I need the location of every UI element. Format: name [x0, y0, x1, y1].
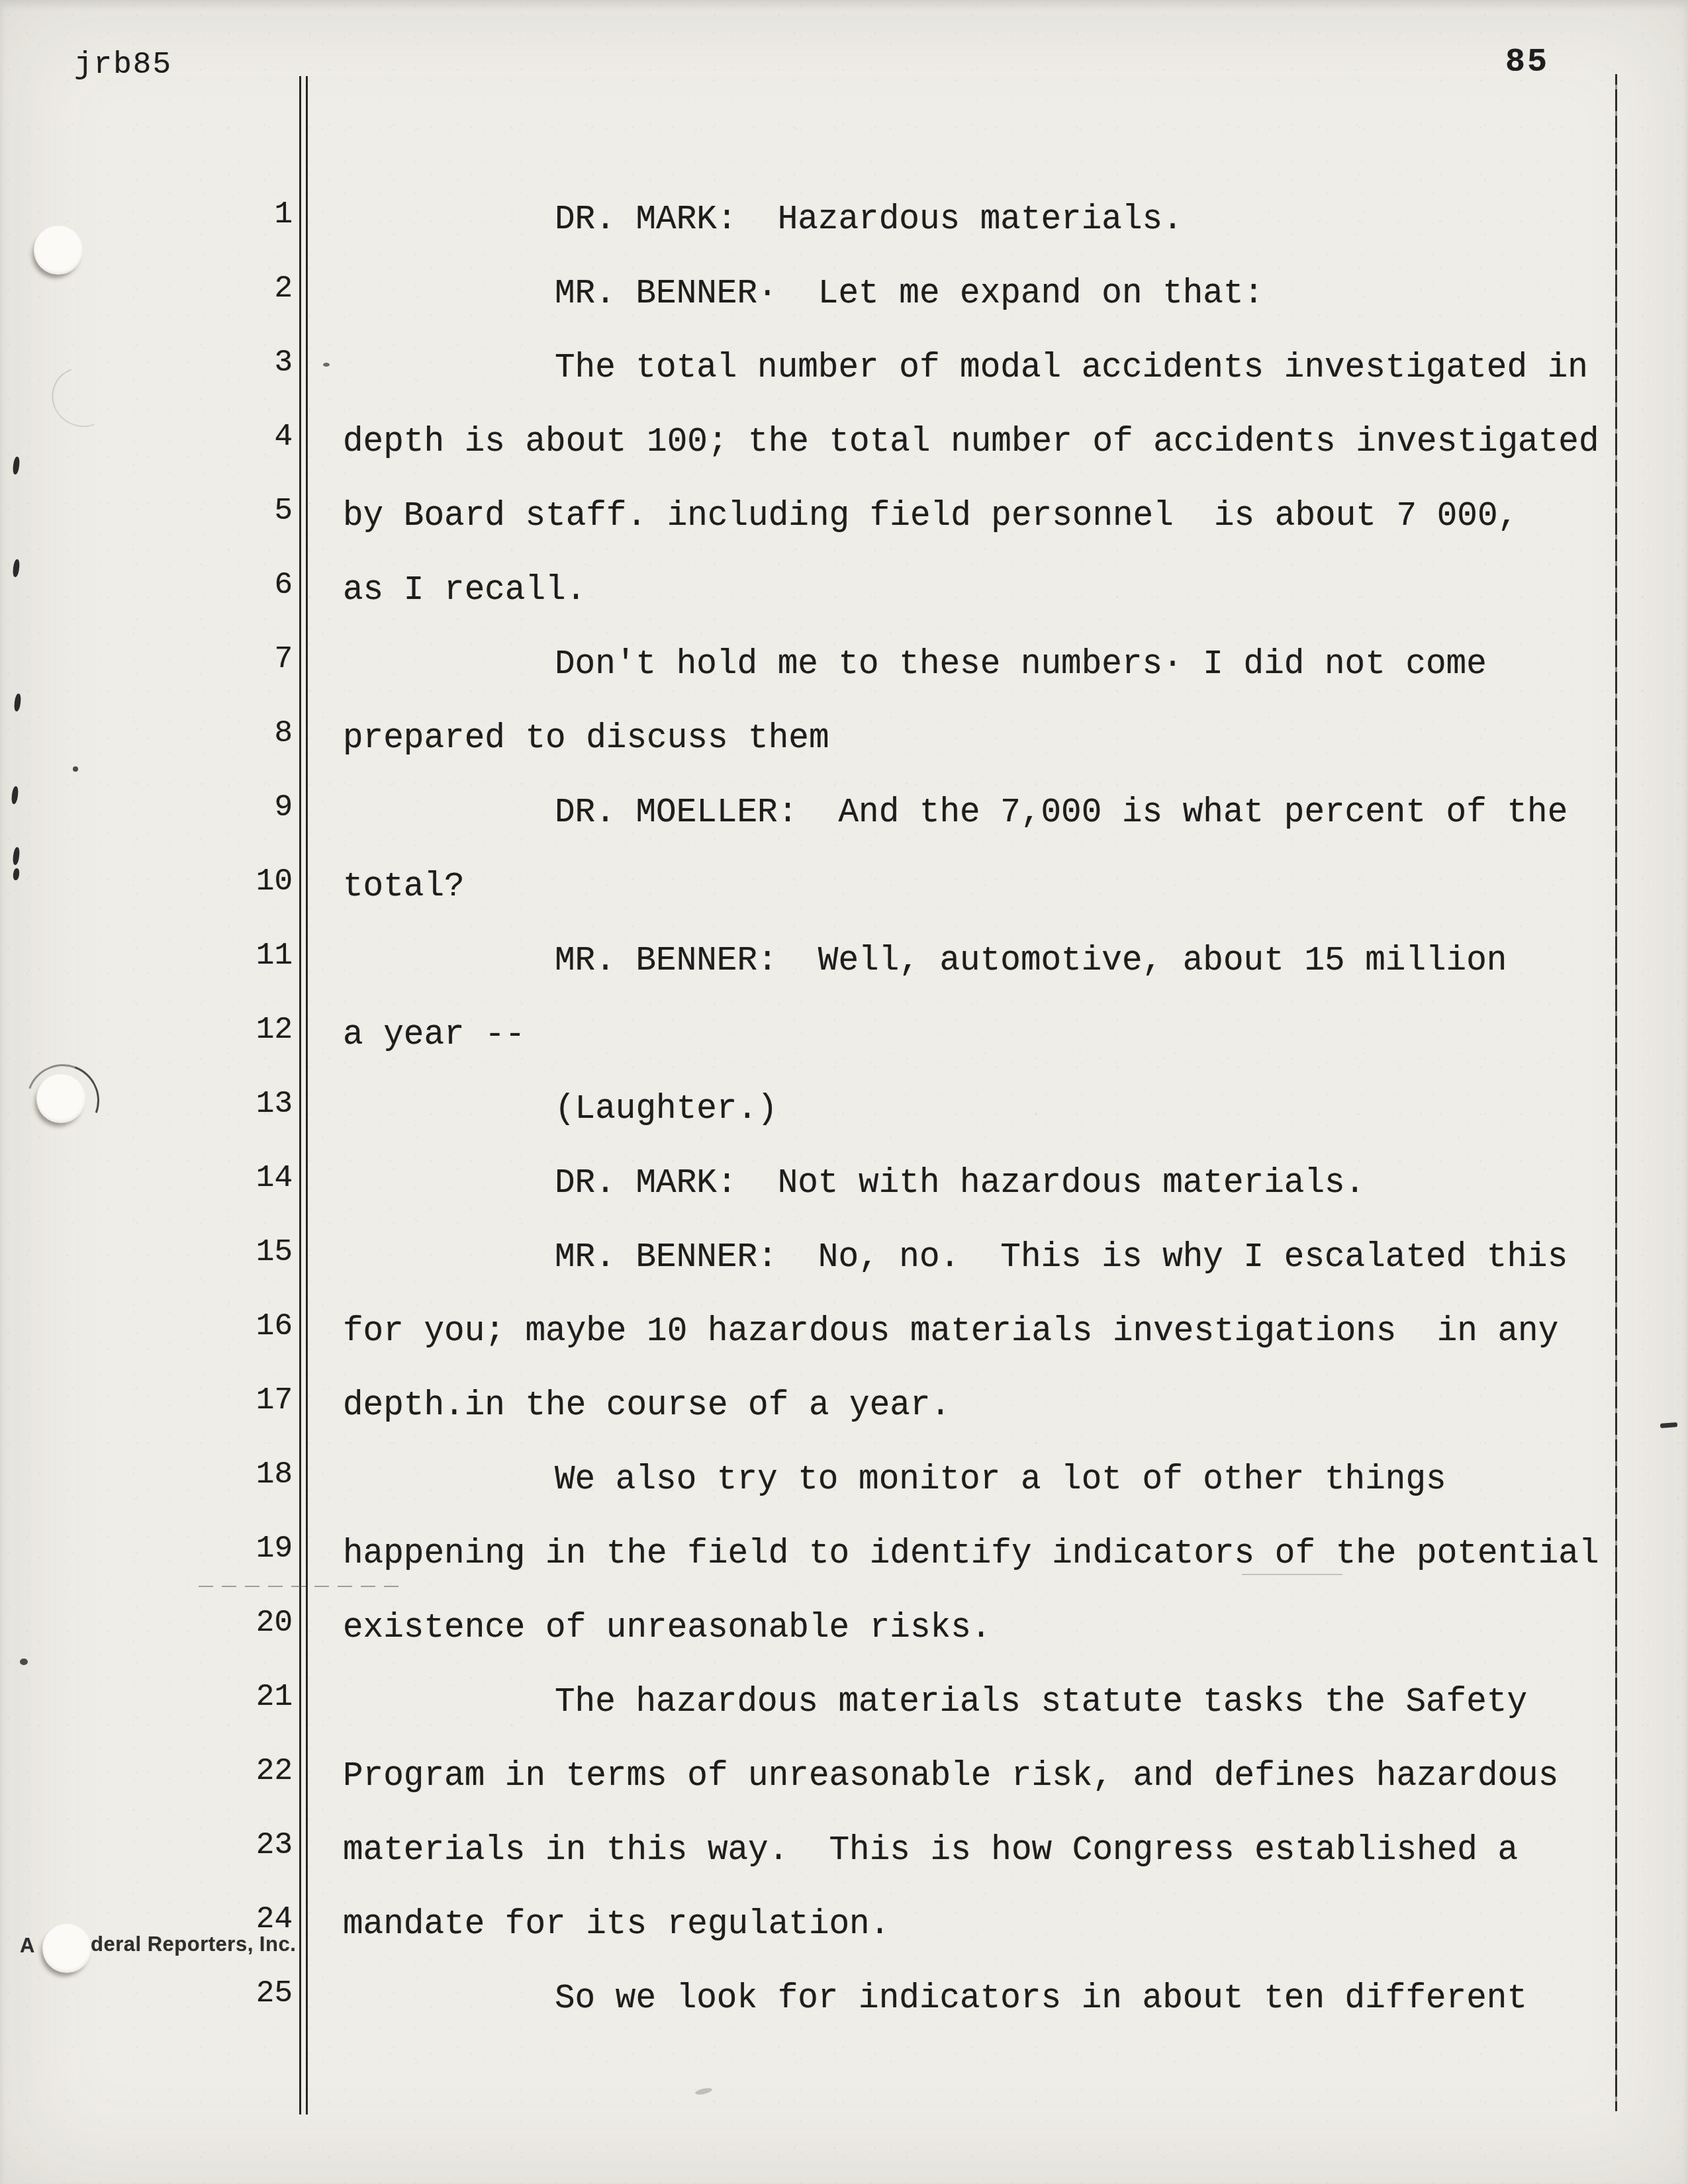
transcript-line: 19happening in the field to identify ind…: [0, 1531, 1688, 1572]
line-number: 25: [218, 1976, 293, 2011]
transcript-line: 20existence of unreasonable risks.: [0, 1606, 1688, 1647]
line-text: DR. MOELLER: And the 7,000 is what perce…: [555, 794, 1568, 832]
line-number: 12: [218, 1013, 293, 1047]
margin-dash-mark: [1660, 1422, 1677, 1428]
faint-pencil-line: [199, 1586, 405, 1587]
line-text: mandate for its regulation.: [343, 1906, 890, 1944]
line-text: We also try to monitor a lot of other th…: [555, 1461, 1446, 1499]
transcript-line: 10total?: [0, 864, 1688, 905]
line-text: prepared to discuss them: [343, 720, 829, 758]
transcript-line: 5by Board staff. including field personn…: [0, 494, 1688, 535]
line-text: The hazardous materials statute tasks th…: [555, 1684, 1527, 1721]
transcript-line: 1DR. MARK: Hazardous materials.: [0, 197, 1688, 238]
line-text: MR. BENNER: No, no. This is why I escala…: [555, 1239, 1568, 1277]
line-number: 2: [218, 271, 293, 306]
transcript-line: 9DR. MOELLER: And the 7,000 is what perc…: [0, 790, 1688, 831]
line-number: 21: [218, 1680, 293, 1714]
line-text: for you; maybe 10 hazardous materials in…: [343, 1313, 1558, 1351]
page-number: 85: [1505, 44, 1549, 81]
line-number: 6: [218, 568, 293, 602]
line-text: existence of unreasonable risks.: [343, 1610, 991, 1647]
ink-mark: [12, 847, 20, 866]
line-number: 10: [218, 864, 293, 899]
line-text: happening in the field to identify indic…: [343, 1535, 1599, 1573]
transcript-line: 2MR. BENNER· Let me expand on that:: [0, 271, 1688, 312]
typist-page-id: jrb85: [74, 48, 172, 82]
reporter-firm-stamp-text: deral Reporters, Inc.: [91, 1933, 296, 1956]
smudge-mark: [694, 2087, 712, 2095]
line-number: 13: [218, 1087, 293, 1121]
ink-mark: [13, 694, 21, 712]
line-number: 20: [218, 1606, 293, 1640]
line-text: Program in terms of unreasonable risk, a…: [343, 1758, 1558, 1796]
line-number: 14: [218, 1161, 293, 1195]
line-text: depth is about 100; the total number of …: [343, 424, 1599, 461]
ink-speck: [73, 766, 78, 772]
line-text: MR. BENNER: Well, automotive, about 15 m…: [555, 942, 1507, 980]
transcript-line: 8prepared to discuss them: [0, 716, 1688, 757]
transcript-line: 18We also try to monitor a lot of other …: [0, 1457, 1688, 1498]
line-number: 3: [218, 345, 293, 380]
line-number: 24: [218, 1902, 293, 1936]
ink-speck: [20, 1659, 28, 1665]
transcript-line: 4depth is about 100; the total number of…: [0, 420, 1688, 461]
line-number: 19: [218, 1531, 293, 1566]
transcript-line: 11MR. BENNER: Well, automotive, about 15…: [0, 938, 1688, 979]
line-number: 1: [218, 197, 293, 232]
line-number: 7: [218, 642, 293, 676]
transcript-line: 25So we look for indicators in about ten…: [0, 1976, 1688, 2017]
line-text: depth.in the course of a year.: [343, 1387, 951, 1425]
transcript-line: 14DR. MARK: Not with hazardous materials…: [0, 1161, 1688, 1202]
line-text: as I recall.: [343, 572, 586, 610]
transcript-line: 3The total number of modal accidents inv…: [0, 345, 1688, 387]
faint-pencil-line: [1242, 1574, 1342, 1575]
transcript-line: 7Don't hold me to these numbers· I did n…: [0, 642, 1688, 683]
transcript-line: 23materials in this way. This is how Con…: [0, 1828, 1688, 1869]
line-number: 22: [218, 1754, 293, 1788]
line-number: 23: [218, 1828, 293, 1862]
hole-punch-top: [34, 226, 83, 275]
transcript-line: 12a year --: [0, 1013, 1688, 1054]
line-number: 8: [218, 716, 293, 751]
line-text: a year --: [343, 1017, 525, 1054]
reporter-firm-stamp-partial: A: [20, 1934, 35, 1958]
line-text: total?: [343, 868, 465, 906]
line-number: 15: [218, 1235, 293, 1269]
transcript-line: 13(Laughter.): [0, 1087, 1688, 1128]
transcript-line: 22Program in terms of unreasonable risk,…: [0, 1754, 1688, 1795]
line-number: 16: [218, 1309, 293, 1343]
hole-punch-bottom: [42, 1924, 91, 1973]
line-text: So we look for indicators in about ten d…: [555, 1980, 1527, 2018]
line-text: by Board staff. including field personne…: [343, 498, 1518, 535]
line-number: 17: [218, 1383, 293, 1418]
line-text: DR. MARK: Not with hazardous materials.: [555, 1165, 1365, 1203]
transcript-line: 17depth.in the course of a year.: [0, 1383, 1688, 1424]
transcript-line: 21The hazardous materials statute tasks …: [0, 1680, 1688, 1721]
transcript-line: 16for you; maybe 10 hazardous materials …: [0, 1309, 1688, 1350]
line-number: 4: [218, 420, 293, 454]
line-text: Don't hold me to these numbers· I did no…: [555, 646, 1487, 684]
transcript-line: 15MR. BENNER: No, no. This is why I esca…: [0, 1235, 1688, 1276]
line-number: 18: [218, 1457, 293, 1492]
line-text: The total number of modal accidents inve…: [555, 349, 1588, 387]
line-text: (Laughter.): [555, 1091, 778, 1128]
transcript-page: jrb85 85 1DR. MARK: Hazardous materials.…: [0, 0, 1688, 2184]
line-number: 9: [218, 790, 293, 825]
ink-speck: [323, 363, 330, 367]
transcript-line: 6as I recall.: [0, 568, 1688, 609]
line-number: 11: [218, 938, 293, 973]
pen-arc-mark: [15, 1052, 111, 1149]
line-number: 5: [218, 494, 293, 528]
line-text: MR. BENNER· Let me expand on that:: [555, 275, 1264, 313]
line-text: DR. MARK: Hazardous materials.: [555, 201, 1183, 239]
line-text: materials in this way. This is how Congr…: [343, 1832, 1518, 1870]
